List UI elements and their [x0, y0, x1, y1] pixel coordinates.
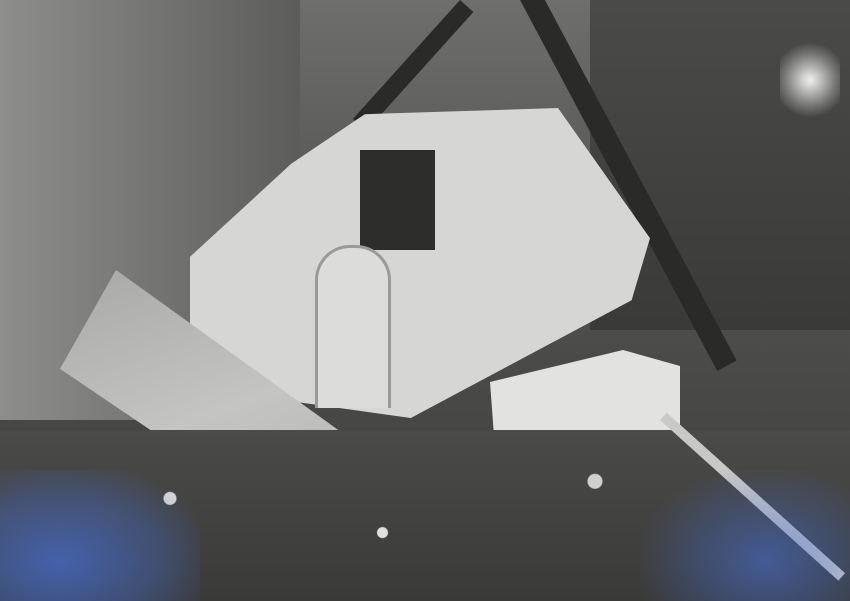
photograph: Vintage black-and-white photograph of a …	[0, 0, 850, 601]
burned-window	[360, 150, 435, 250]
arched-door	[315, 245, 391, 408]
blue-cast-left	[0, 470, 200, 601]
light-glow	[780, 40, 840, 120]
blue-cast-right	[640, 470, 850, 601]
